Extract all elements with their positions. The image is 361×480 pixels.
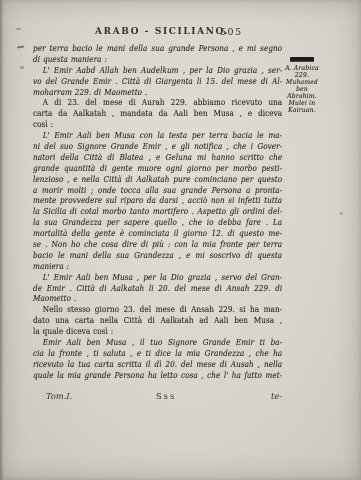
running-head-title: ARABO - SICILIANO. xyxy=(95,27,229,37)
text-line: la sua Grandezza per sapere quello , che… xyxy=(33,217,282,228)
ink-speck xyxy=(340,212,343,215)
text-line: a morir molti ; onde tocca alla sua gran… xyxy=(33,185,282,196)
text-line: la quale diceva così : xyxy=(33,326,282,337)
text-line: de Emir . Città di Aalkatah li 20. del m… xyxy=(33,283,282,294)
margin-note: A. Arabica229.MuhamedbenAbrahim.Mulei in… xyxy=(283,57,321,114)
book-page: ARABO - SICILIANO. 505 A. Arabica229.Muh… xyxy=(0,0,361,480)
text-line: di questa maniera : xyxy=(33,54,282,65)
signature-mark: Sss xyxy=(156,391,176,401)
volume-label: Tom.I. xyxy=(46,391,72,401)
text-line: maniera : xyxy=(33,261,282,272)
margin-note-line: Muhamed xyxy=(283,79,321,86)
text-line: per terra bacio le mani della sua grande… xyxy=(33,43,282,54)
page-header: ARABO - SICILIANO. 505 xyxy=(0,27,361,41)
margin-note-line: A. Arabica xyxy=(283,65,321,72)
text-line: se . Non ho che cosa dire di più : con l… xyxy=(33,239,282,250)
text-line: moharram 229. di Maometto . xyxy=(33,87,282,98)
margin-note-line: 229. xyxy=(283,72,321,79)
text-line: dato una carta nella Città di Aalkatah a… xyxy=(33,315,282,326)
text-line: mente provvedere sul riparo da darsi , a… xyxy=(33,195,282,206)
text-line: natori della Città di Blatea , e Geluna … xyxy=(33,152,282,163)
text-line: Nello stesso giorno 23. del mese di Ansa… xyxy=(33,304,282,315)
catchword: te- xyxy=(271,391,282,401)
text-line: A di 23. del mese di Aurah 229. abbiamo … xyxy=(33,97,282,108)
text-line: cia la fronte , ti saluta , e ti dice la… xyxy=(33,348,282,359)
page-number: 505 xyxy=(220,27,243,38)
text-line: quale la mia grande Persona ha letto cos… xyxy=(33,370,282,381)
ink-speck xyxy=(17,46,24,49)
text-line: vo del Grande Emir . Città di Giargenta … xyxy=(33,76,282,87)
margin-note-line: Abrahim. xyxy=(283,93,321,100)
text-line: ricevuto la tua carta scritta il dì 20. … xyxy=(33,359,282,370)
text-line: L' Emir Aabd Allah ben Audelkum , per la… xyxy=(33,65,282,76)
ink-speck xyxy=(20,66,24,69)
margin-note-line: ben xyxy=(283,86,321,93)
page-footer: Tom.I. Sss te- xyxy=(0,391,361,403)
page-body-text: per terra bacio le mani della sua grande… xyxy=(33,43,282,381)
text-line: la Sicilia di cotal morbo tanto mortifer… xyxy=(33,206,282,217)
text-line: ni del suo Signore Grande Emir , e gli n… xyxy=(33,141,282,152)
margin-rule-bar xyxy=(290,57,314,62)
text-line: così : xyxy=(33,119,282,130)
text-line: L' Emir Aali ben Musa , per la Dio grazi… xyxy=(33,272,282,283)
text-line: grande quantità di gente muore ogni gior… xyxy=(33,163,282,174)
margin-note-line: Kairuan. xyxy=(283,107,321,114)
text-line: bacio le mani della sua Grandezza , e mi… xyxy=(33,250,282,261)
text-line: carta da Aalkatah , mandata da Aali ben … xyxy=(33,108,282,119)
text-line: L' Emir Aali ben Musa con la testa per t… xyxy=(33,130,282,141)
text-line: Maometto . xyxy=(33,293,282,304)
text-line: Emir Aali ben Musa , il tuo Signore Gran… xyxy=(33,337,282,348)
margin-note-line: Mulei in xyxy=(283,100,321,107)
text-line: lenzioso , e nella Città di Aalkatah pur… xyxy=(33,174,282,185)
text-line: mortalità della gente è cominciata il gi… xyxy=(33,228,282,239)
margin-note-text: A. Arabica229.MuhamedbenAbrahim.Mulei in… xyxy=(283,65,321,114)
